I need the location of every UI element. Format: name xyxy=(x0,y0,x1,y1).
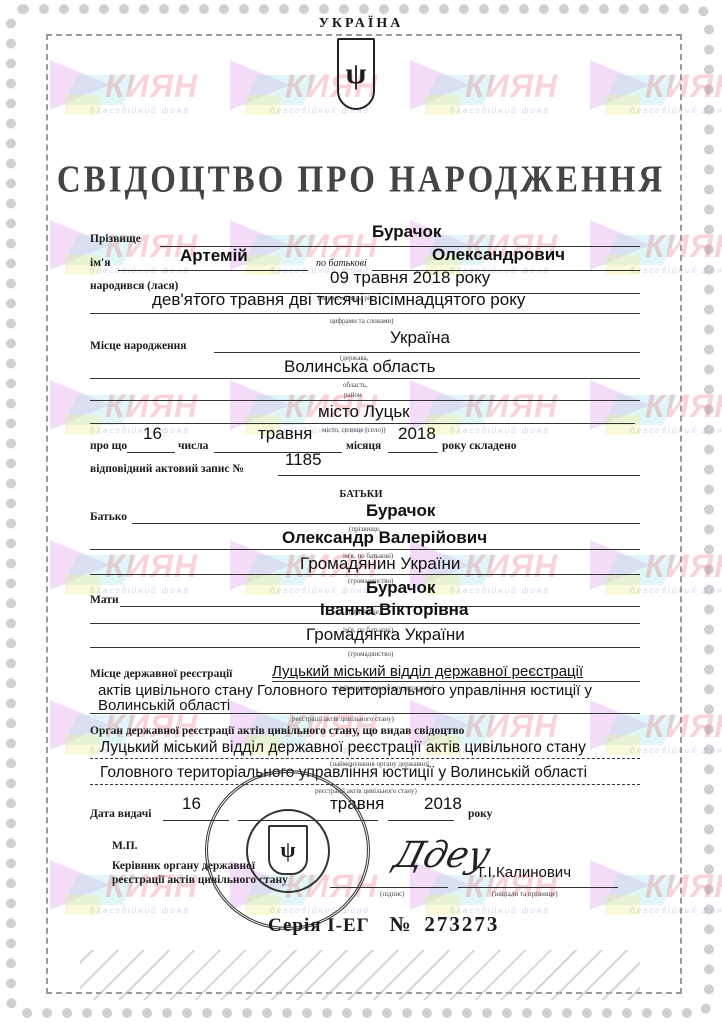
record-year: 2018 xyxy=(398,424,436,444)
issuer-line2: Головного територіального управління юст… xyxy=(100,764,587,782)
birthplace-country: Україна xyxy=(390,328,450,348)
issuer-line1: Луцький міський відділ державної реєстра… xyxy=(100,739,586,757)
record-number-label: відповідний актовий запис № xyxy=(90,463,244,475)
birthplace-line xyxy=(214,352,640,353)
name-value: Артемій xyxy=(180,246,248,266)
issue-year-label: року xyxy=(468,808,492,820)
registration-place-caption2: реєстрації актів цивільного стану) xyxy=(292,715,394,723)
father-surname-line xyxy=(132,523,640,524)
issuer-line1-rule xyxy=(90,758,640,759)
registration-place-line1: Луцький міський відділ державної реєстра… xyxy=(272,663,583,680)
official-name-line xyxy=(458,887,618,888)
father-label: Батько xyxy=(90,511,127,523)
official-name: Т.І.Калинович xyxy=(476,864,571,881)
birthplace-region: Волинська область xyxy=(284,357,436,377)
mother-name: Іванна Вікторівна xyxy=(320,600,468,620)
signature-caption: (підпис) xyxy=(380,890,405,898)
mother-surname: Бурачок xyxy=(366,578,435,598)
surname-label: Прізвище xyxy=(90,233,141,245)
father-citizenship-line xyxy=(90,574,640,575)
seal-label: М.П. xyxy=(112,840,138,852)
mother-label: Мати xyxy=(90,594,119,606)
certificate-number: 273273 xyxy=(424,912,499,936)
parents-heading: БАТЬКИ xyxy=(0,489,722,500)
day-line xyxy=(127,452,175,453)
birth-words-caption: цифрами та словами) xyxy=(330,317,394,325)
father-name-line xyxy=(90,549,640,550)
father-surname: Бурачок xyxy=(366,501,435,521)
stamp-trident-icon: ψ xyxy=(268,825,308,875)
region-caption: область, xyxy=(343,381,368,389)
mother-citizenship-caption: (громадянство) xyxy=(348,650,393,658)
serial-number: Серія І-ЕГ № 273273 xyxy=(268,912,499,937)
handwritten-signature: Ддеу xyxy=(390,835,495,876)
mother-name-line xyxy=(90,623,640,624)
record-number-line xyxy=(278,475,640,476)
region-line xyxy=(90,378,640,379)
issuer-label: Орган державної реєстрації актів цивільн… xyxy=(90,725,464,737)
issue-year: 2018 xyxy=(424,794,462,814)
name-line xyxy=(118,270,308,271)
year-label: року складено xyxy=(442,440,516,452)
record-day: 16 xyxy=(143,424,162,444)
name-label: ім'я xyxy=(90,257,110,269)
city-line xyxy=(90,423,635,424)
birthplace-city: місто Луцьк xyxy=(318,402,410,422)
official-stamp: ψ xyxy=(205,770,370,930)
month-label: місяця xyxy=(346,440,381,452)
about-label: про що xyxy=(90,440,127,452)
district-caption: район xyxy=(344,391,362,399)
patronymic-value: Олександрович xyxy=(432,245,565,265)
father-name: Олександр Валерійович xyxy=(282,528,487,548)
birth-date-digits: 09 травня 2018 року xyxy=(330,268,490,288)
birth-date-words: дев'ятого травня дві тисячі вісімнадцято… xyxy=(152,290,525,310)
number-sign: № xyxy=(390,912,413,936)
issue-day: 16 xyxy=(182,794,201,814)
registration-place-label: Місце державної реєстрації xyxy=(90,668,232,680)
birth-words-line xyxy=(90,313,640,314)
month-line xyxy=(214,452,342,453)
official-caption: (ініціали та прізвище) xyxy=(492,890,558,898)
issue-year-line xyxy=(388,820,454,821)
record-number: 1185 xyxy=(285,450,322,470)
mother-citizenship: Громадянка України xyxy=(306,625,465,645)
day-label: числа xyxy=(178,440,208,452)
issuer-line2-rule xyxy=(90,784,640,785)
country-name: УКРАЇНА xyxy=(0,16,722,32)
series-label: Серія І-ЕГ xyxy=(268,915,370,936)
city-caption: місто, селище (село)) xyxy=(322,426,386,434)
birthplace-label: Місце народження xyxy=(90,340,187,352)
bottom-ornament xyxy=(80,950,640,1000)
registration-place-line3: Волинській області xyxy=(98,697,230,714)
year-line xyxy=(388,452,438,453)
surname-value: Бурачок xyxy=(372,222,441,242)
trident-icon: ψ xyxy=(337,38,375,110)
record-month: травня xyxy=(258,424,312,444)
registration-place-line3-rule xyxy=(90,713,640,714)
document-title: СВІДОЦТВО ПРО НАРОДЖЕННЯ xyxy=(0,159,722,202)
mother-citizenship-line xyxy=(90,647,640,648)
district-line xyxy=(90,400,640,401)
issue-date-label: Дата видачі xyxy=(90,808,151,820)
father-citizenship: Громадянин України xyxy=(300,554,460,574)
